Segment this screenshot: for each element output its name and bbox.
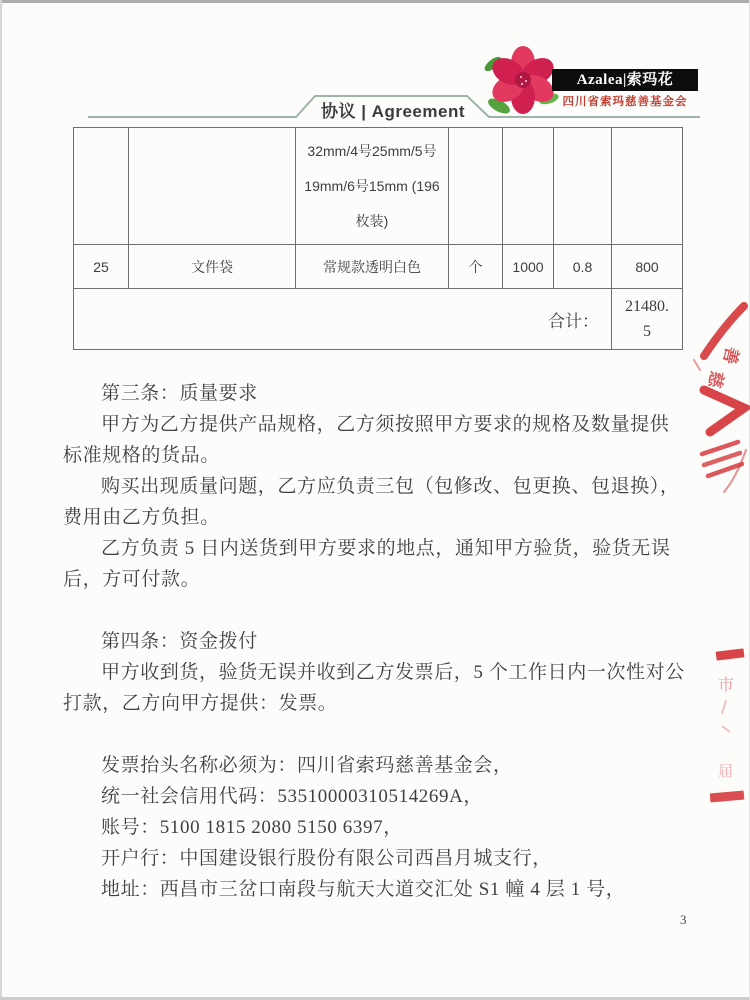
- cell-empty: [503, 128, 554, 245]
- body-line: 打款，乙方向甲方提供：发票。: [63, 688, 703, 719]
- red-seal-fragment-icon: 善 慈: [690, 302, 750, 497]
- scan-edge-left: [0, 0, 2, 1000]
- mark-char: 市: [718, 676, 734, 694]
- seal-char: 慈: [705, 369, 728, 390]
- body-line: 后，方可付款。: [63, 564, 703, 595]
- items-table: 32mm/4号25mm/5号 19mm/6号15mm (196 枚装) 25 文…: [73, 127, 683, 350]
- spec-line: 枚装): [356, 211, 389, 231]
- body-line-spacer: [63, 719, 703, 750]
- page-title: 协议 | Agreement: [297, 97, 489, 122]
- seal-char: 善: [720, 345, 743, 366]
- cell-empty: [612, 128, 683, 245]
- body-line: 第四条：资金拨付: [63, 626, 703, 657]
- cell-item-unit: 个: [449, 245, 503, 289]
- table-row-total: 合计： 21480. 5: [74, 289, 683, 350]
- body-line: 地址：西昌市三岔口南段与航天大道交汇处 S1 幢 4 层 1 号，: [63, 874, 703, 905]
- body-line: 标准规格的货品。: [63, 440, 703, 471]
- mark-char: 届: [718, 763, 733, 780]
- cell-item-spec: 常规款透明白色: [296, 245, 449, 289]
- body-line: 开户行：中国建设银行股份有限公司西昌月城支行，: [63, 843, 703, 874]
- body-line: 费用由乙方负担。: [63, 502, 703, 533]
- body-line: 购买出现质量问题，乙方应负责三包（包修改、包更换、包退换），: [63, 471, 703, 502]
- total-amount-line: 21480.: [612, 294, 682, 319]
- cell-item-name: 文件袋: [129, 245, 296, 289]
- contract-body: 第三条：质量要求 甲方为乙方提供产品规格，乙方须按照甲方要求的规格及数量提供 标…: [63, 378, 703, 905]
- body-line: 乙方负责 5 日内送货到甲方要求的地点，通知甲方验货，验货无误: [63, 533, 703, 564]
- spec-line: 19mm/6号15mm (196: [304, 176, 439, 196]
- body-line: 第三条：质量要求: [63, 378, 703, 409]
- cell-total-amount: 21480. 5: [612, 289, 683, 350]
- logo-brand: Azalea|索玛花: [552, 69, 698, 91]
- document-page: 协议 | Agreement Azalea|索玛花 四川省索玛慈善基金会: [0, 0, 750, 1000]
- cell-spec-continuation: 32mm/4号25mm/5号 19mm/6号15mm (196 枚装): [296, 128, 449, 245]
- cell-empty: [129, 128, 296, 245]
- body-line-spacer: [63, 595, 703, 626]
- cell-item-qty: 1000: [503, 245, 554, 289]
- cell-item-price: 0.8: [554, 245, 612, 289]
- body-line: 甲方为乙方提供产品规格，乙方须按照甲方要求的规格及数量提供: [63, 409, 703, 440]
- red-mark-fragment-icon: 市 届: [702, 642, 750, 814]
- body-line: 账号：5100 1815 2080 5150 6397，: [63, 812, 703, 843]
- cell-empty: [554, 128, 612, 245]
- table-row-item: 25 文件袋 常规款透明白色 个 1000 0.8 800: [74, 245, 683, 289]
- page-number: 3: [680, 912, 687, 928]
- cell-item-amount: 800: [612, 245, 683, 289]
- body-line: 统一社会信用代码：53510000310514269A，: [63, 781, 703, 812]
- cell-total-label: 合计：: [74, 289, 612, 350]
- cell-item-no: 25: [74, 245, 129, 289]
- spec-line: 32mm/4号25mm/5号: [307, 141, 436, 161]
- logo-org-name: 四川省索玛慈善基金会: [550, 93, 700, 109]
- total-amount-line: 5: [612, 319, 682, 344]
- table-row-spec-continuation: 32mm/4号25mm/5号 19mm/6号15mm (196 枚装): [74, 128, 683, 245]
- cell-empty: [449, 128, 503, 245]
- body-line: 发票抬头名称必须为：四川省索玛慈善基金会，: [63, 750, 703, 781]
- cell-empty: [74, 128, 129, 245]
- body-line: 甲方收到货，验货无误并收到乙方发票后，5 个工作日内一次性对公: [63, 657, 703, 688]
